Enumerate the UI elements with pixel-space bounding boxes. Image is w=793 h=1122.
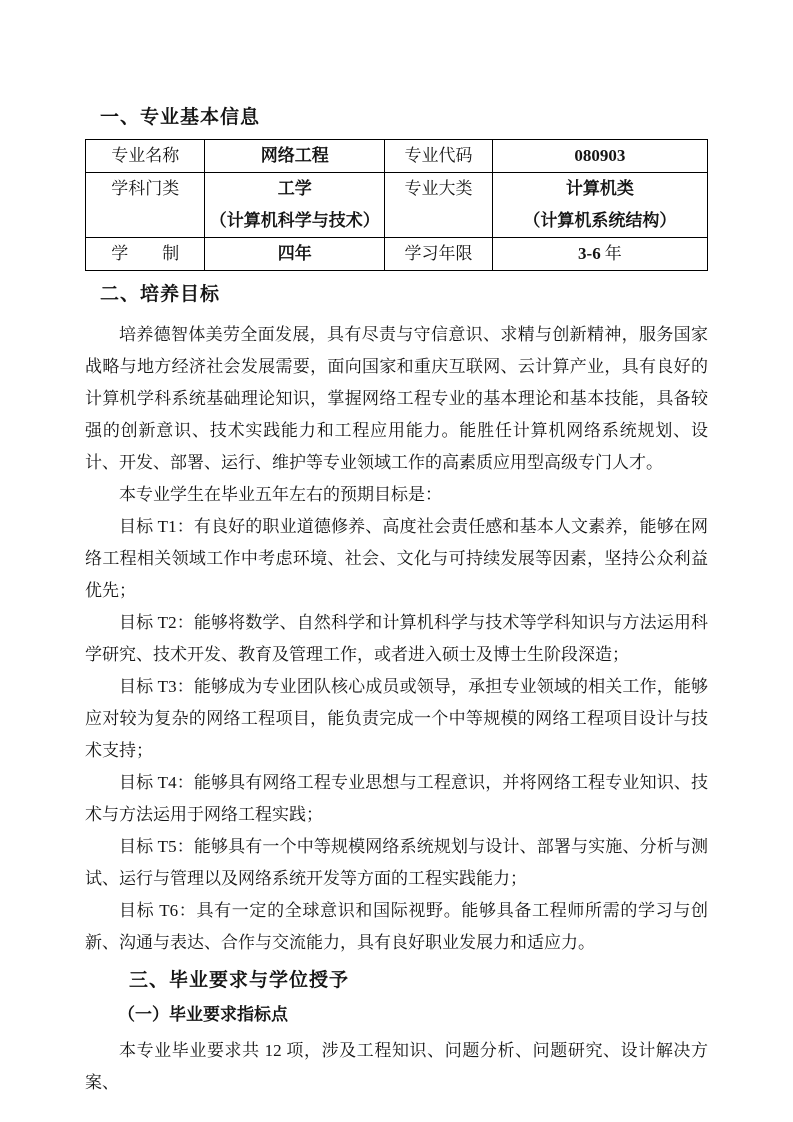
- goal-paragraph-t1: 目标 T1：有良好的职业道德修养、高度社会责任感和基本人文素养，能够在网络工程相…: [85, 511, 708, 607]
- value-discipline-category: 工学 （计算机科学与技术）: [205, 173, 385, 238]
- value-line: 计算机类: [493, 173, 707, 205]
- value-line: （计算机科学与技术）: [205, 205, 384, 237]
- document-page: { "doc": { "section1": { "heading": "一、专…: [0, 0, 793, 1122]
- label-major-code: 专业代码: [385, 140, 493, 173]
- table-row: 学科门类 工学 （计算机科学与技术） 专业大类 计算机类 （计算机系统结构）: [86, 173, 708, 238]
- value-line: 工学: [205, 173, 384, 205]
- objectives-lead: 本专业学生在毕业五年左右的预期目标是：: [85, 479, 708, 511]
- value-major-code: 080903: [492, 140, 707, 173]
- study-years-number: 3-6: [578, 244, 601, 263]
- label-schooling-length: 学 制: [86, 238, 205, 271]
- label-major-name: 专业名称: [86, 140, 205, 173]
- goal-paragraph-t2: 目标 T2：能够将数学、自然科学和计算机科学与技术等学科知识与方法运用科学研究、…: [85, 607, 708, 671]
- program-info-table: 专业名称 网络工程 专业代码 080903 学科门类 工学 （计算机科学与技术）…: [85, 139, 708, 271]
- goal-paragraph-t5: 目标 T5：能够具有一个中等规模网络系统规划与设计、部署与实施、分析与测试、运行…: [85, 831, 708, 895]
- training-objective-intro: 培养德智体美劳全面发展，具有尽责与守信意识、求精与创新精神，服务国家战略与地方经…: [85, 319, 708, 479]
- goal-paragraph-t3: 目标 T3：能够成为专业团队核心成员或领导，承担专业领域的相关工作，能够应对较为…: [85, 671, 708, 767]
- section3-heading: 三、毕业要求与学位授予: [85, 969, 708, 993]
- value-study-years: 3-6年: [492, 238, 707, 271]
- section1-heading: 一、专业基本信息: [85, 106, 708, 130]
- value-major-class: 计算机类 （计算机系统结构）: [492, 173, 707, 238]
- table-row: 学 制 四年 学习年限 3-6年: [86, 238, 708, 271]
- page-content: 一、专业基本信息 专业名称 网络工程 专业代码 080903 学科门类 工学 （…: [0, 0, 793, 1122]
- label-study-years: 学习年限: [385, 238, 493, 271]
- value-line: （计算机系统结构）: [493, 205, 707, 237]
- section2-heading: 二、培养目标: [85, 283, 708, 307]
- section3-subheading: （一）毕业要求指标点: [85, 1003, 708, 1027]
- graduation-requirements-paragraph: 本专业毕业要求共 12 项，涉及工程知识、问题分析、问题研究、设计解决方案、: [85, 1035, 708, 1099]
- value-major-name: 网络工程: [205, 140, 385, 173]
- label-major-class: 专业大类: [385, 173, 493, 238]
- table-row: 专业名称 网络工程 专业代码 080903: [86, 140, 708, 173]
- study-years-unit: 年: [605, 244, 622, 263]
- value-schooling-length: 四年: [205, 238, 385, 271]
- goal-paragraph-t6: 目标 T6：具有一定的全球意识和国际视野。能够具备工程师所需的学习与创新、沟通与…: [85, 895, 708, 959]
- goal-paragraph-t4: 目标 T4：能够具有网络工程专业思想与工程意识，并将网络工程专业知识、技术与方法…: [85, 767, 708, 831]
- label-discipline-category: 学科门类: [86, 173, 205, 238]
